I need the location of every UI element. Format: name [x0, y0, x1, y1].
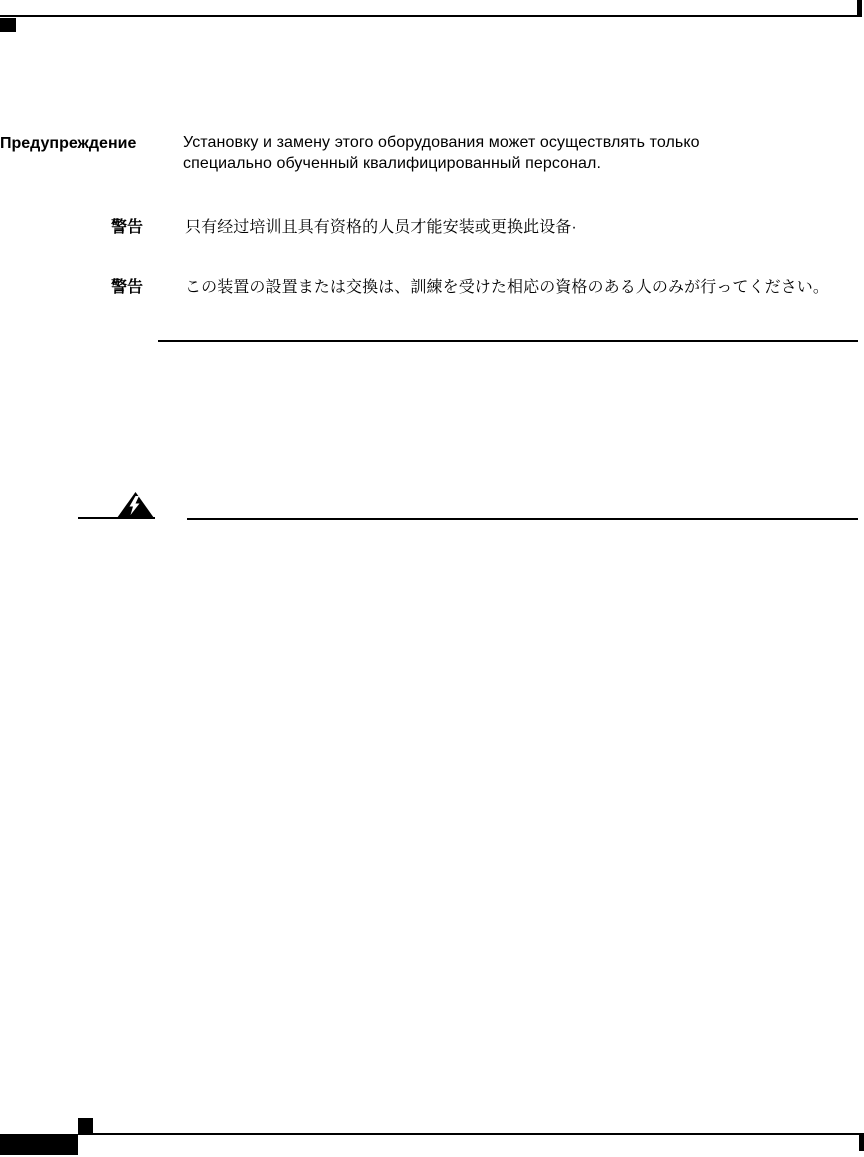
warning-text-russian: Установку и замену этого оборудования мо… [183, 132, 783, 174]
footer-page-number-block [0, 1134, 78, 1155]
warning-text-japanese: この装置の設置または交換は、訓練を受けた相応の資格のある人のみが行ってください。 [185, 277, 864, 298]
top-left-registration-mark [0, 18, 16, 32]
bottom-right-crop-tick [859, 1133, 864, 1151]
warning-label-japanese: 警告 [0, 277, 143, 298]
page-bottom-border-rule [78, 1133, 861, 1135]
footer-section-marker [78, 1118, 93, 1134]
page-top-border-rule [0, 15, 862, 17]
document-page: { "page": { "bg_color": "#ffffff", "ink_… [0, 0, 864, 1157]
warning-text-chinese: 只有经过培训且具有资格的人员才能安装或更换此设备· [185, 217, 864, 238]
warning-icon-right-rule [187, 518, 858, 520]
warning-label-chinese: 警告 [0, 217, 143, 238]
warning-block-bottom-rule [158, 340, 858, 342]
warning-lightning-triangle-icon [117, 492, 154, 518]
top-right-crop-tick [857, 0, 862, 17]
warning-label-russian: Предупреждение [0, 133, 135, 154]
